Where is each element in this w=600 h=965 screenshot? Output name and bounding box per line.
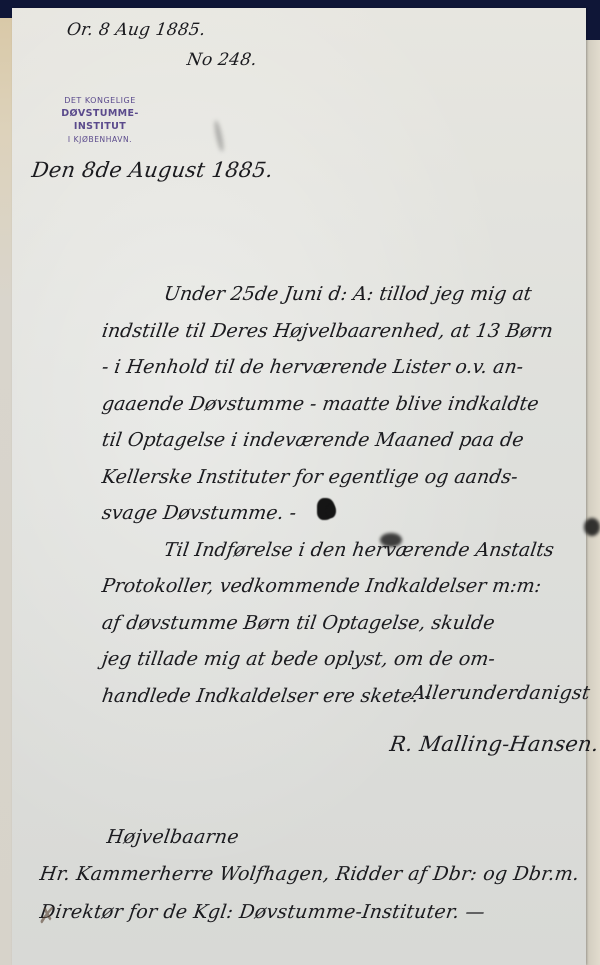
institution-stamp: DET KONGELIGE DØVSTUMME-INSTITUT I KJØBE… — [44, 94, 156, 146]
body-line: gaaende Døvstumme - maatte blive indkald… — [99, 386, 600, 423]
body-line: til Optagelse i indeværende Maaned paa d… — [99, 422, 600, 459]
body-line: af døvstumme Børn til Optagelse, skulde — [99, 605, 600, 642]
margin-mark-icon: ✗ — [38, 904, 52, 932]
body-line: svage Døvstumme. - — [99, 495, 600, 532]
addressee-line-1: Højvelbaarne — [105, 826, 240, 848]
ink-blot — [380, 533, 402, 547]
body-line: indstille til Deres Højvelbaarenhed, at … — [99, 313, 600, 350]
body-line: Kellerske Instituter for egentlige og aa… — [99, 459, 600, 496]
ink-smudge — [213, 120, 226, 153]
stamp-line-2: DØVSTUMME-INSTITUT — [44, 107, 156, 133]
letter-body: Under 25de Juni d: A: tillod jeg mig at … — [102, 276, 600, 714]
body-line: Protokoller, vedkommende Indkaldelser m:… — [99, 568, 600, 605]
body-line: - i Henhold til de herværende Lister o.v… — [99, 349, 600, 386]
ink-blot — [326, 504, 336, 518]
signature: R. Malling-Hansen. — [388, 732, 600, 756]
body-line: Til Indførelse i den herværende Anstalts — [99, 532, 600, 569]
body-line: Under 25de Juni d: A: tillod jeg mig at — [99, 276, 600, 313]
ink-blot — [584, 518, 600, 536]
stamp-line-3: I KJØBENHAVN. — [44, 133, 156, 146]
closing-salutation: Allerunderdanigst — [410, 682, 591, 704]
received-note: Or. 8 Aug 1885. — [66, 20, 207, 40]
addressee-line-2: Hr. Kammerherre Wolfhagen, Ridder af Dbr… — [38, 863, 580, 885]
stamp-line-1: DET KONGELIGE — [44, 94, 156, 107]
addressee-line-3: Direktør for de Kgl: Døvstumme-Institute… — [38, 901, 486, 923]
letter-date: Den 8de August 1885. — [30, 158, 274, 182]
body-line: jeg tillade mig at bede oplyst, om de om… — [99, 641, 600, 678]
letter-page: Or. 8 Aug 1885. No 248. DET KONGELIGE DØ… — [12, 8, 586, 965]
registry-number: No 248. — [186, 50, 259, 70]
